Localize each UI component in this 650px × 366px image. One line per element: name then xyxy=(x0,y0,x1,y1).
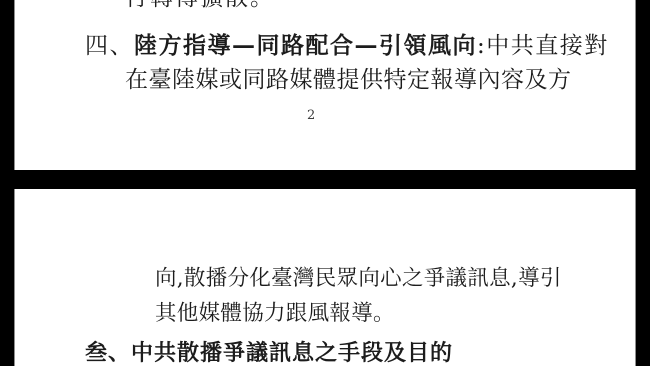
heading-title-bold: 陸方指導—同路配合—引領風向 xyxy=(134,32,477,59)
document-page-top: 行轉傳擴散。 四、陸方指導—同路配合—引領風向:中共直接對 在臺陸媒或同路媒體提… xyxy=(14,0,636,170)
video-frame: 行轉傳擴散。 四、陸方指導—同路配合—引領風向:中共直接對 在臺陸媒或同路媒體提… xyxy=(0,0,650,366)
heading-trailing-text: :中共直接對 xyxy=(477,33,609,59)
page-number: 2 xyxy=(307,108,315,123)
clipped-text-line: 行轉傳擴散。 xyxy=(125,0,275,11)
section-heading-4: 四、陸方指導—同路配合—引領風向:中共直接對 xyxy=(85,27,609,60)
page-gap-divider xyxy=(0,170,650,189)
body-text-line: 其他媒體協力跟風報導。 xyxy=(155,296,395,327)
document-page-bottom: 向,散播分化臺灣民眾向心之爭議訊息,導引 其他媒體協力跟風報導。 叁、中共散播爭… xyxy=(14,189,636,366)
clipped-text: 行轉傳擴散。 xyxy=(125,0,275,11)
body-text-line: 向,散播分化臺灣民眾向心之爭議訊息,導引 xyxy=(155,261,562,292)
section-heading-3: 叁、中共散播爭議訊息之手段及目的 xyxy=(85,336,453,366)
heading-number: 四、 xyxy=(85,33,134,59)
body-text-line: 在臺陸媒或同路媒體提供特定報導內容及方 xyxy=(125,61,572,94)
